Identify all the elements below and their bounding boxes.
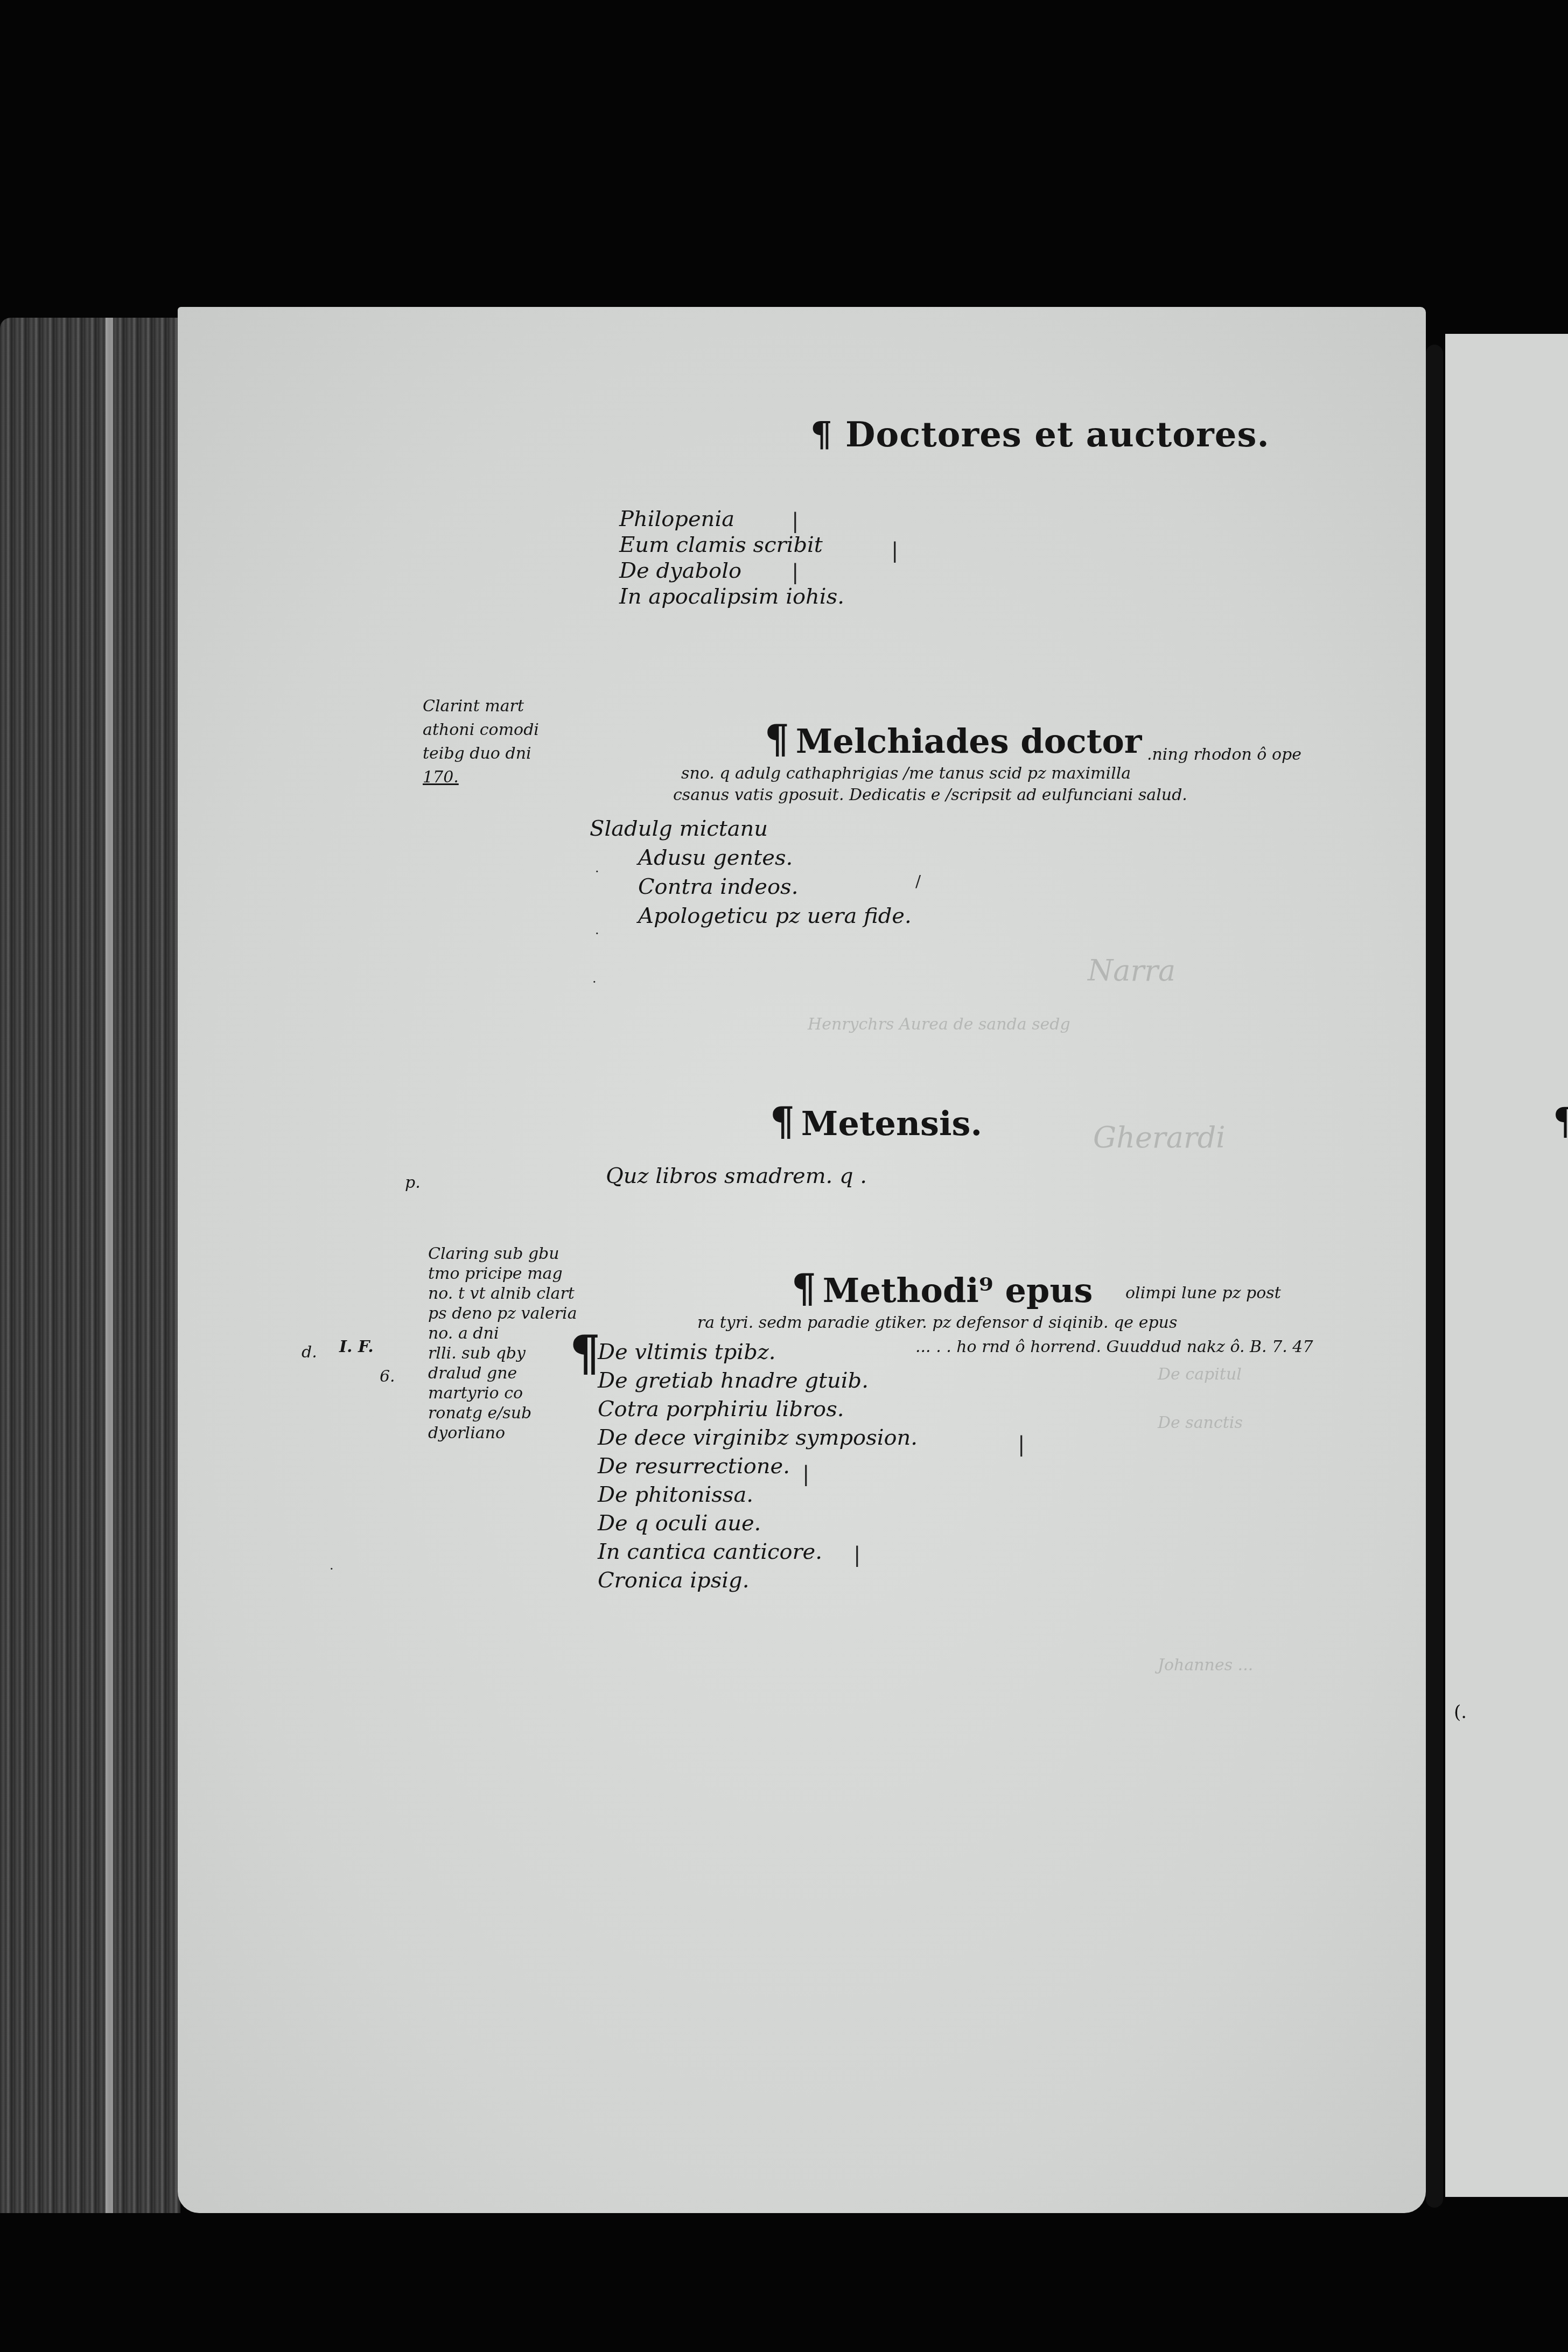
page-title: Doctores et auctores. [845,415,1270,455]
bleed-through-line: Johannes ... [1158,1653,1253,1678]
margin-note-line: 170. [423,766,539,789]
margin-note-line: Claring sub gbu [428,1244,577,1264]
tick-mark: | [853,1543,860,1567]
facing-page-mark: (. [1454,1702,1467,1723]
entry-heading-methodius: ¶Methodi⁹ epus [792,1265,1093,1311]
dot-mark: · [592,975,597,990]
work-item: Cotra porphiriu libros. [598,1395,918,1424]
facing-page: ¶ (. [1445,334,1568,2197]
work-item: De dyabolo [619,558,844,584]
page-header: ¶ Doctores et auctores. [810,415,1270,455]
methodius-works-list: De vltimis tpibz. De gretiab hnadre gtui… [598,1338,918,1595]
margin-note-melchiades: Clarint mart athoni comodi teibg duo dni… [423,695,539,789]
paraph-mark: ¶ [810,415,833,455]
margin-note-line: tmo pricipe mag [428,1264,577,1284]
tick-mark: / [915,872,921,891]
tick-mark: | [1018,1432,1025,1457]
work-item: Contra indeos. [590,874,912,900]
author-name: Methodi⁹ epus [823,1271,1093,1310]
work-item: De dece virginibz symposion. [598,1424,918,1452]
tick-mark: | [802,1462,809,1487]
margin-note-metensis: p. [405,1171,421,1195]
paraph-mark: ¶ [770,1098,795,1144]
tick-mark: | [792,509,799,534]
work-item: De phitonissa. [598,1481,918,1509]
left-margin-mark: d. [302,1341,317,1364]
entry-description-line: olimpi lune pz post [1125,1284,1281,1302]
left-margin-mark: I. F. [339,1335,374,1359]
margin-note-line: athoni comodi [423,718,539,742]
entry-description-line: ... . . ho rnd ô horrend. Guuddud nakz ô… [915,1338,1313,1356]
dot-mark: · [595,864,599,879]
author-name: Metensis. [801,1104,982,1143]
page-edge-highlight [106,318,113,2213]
margin-note-line: no. a dni [428,1324,577,1343]
margin-note-line: ps deno pz valeria [428,1304,577,1324]
entry-description-line: ra tyri. sedm paradie gtiker. pz defenso… [697,1314,1177,1332]
bleed-through-line: De sanctis [1158,1411,1243,1436]
work-item: De resurrectione. [598,1452,918,1481]
book-fore-edge [0,318,180,2213]
continuation-works-list: Philopenia Eum clamis scribit De dyabolo… [619,506,844,610]
work-item: Quz libros smadrem. q . [606,1163,867,1189]
facing-page-paraph-mark: ¶ [1553,1098,1568,1143]
bleed-through-line: Henrychrs Aurea de sanda sedg [808,1012,1070,1037]
work-item: De q oculi aue. [598,1509,918,1538]
dot-mark: · [595,926,599,941]
melchiades-works-list: Sladulg mictanu Adusu gentes. Contra ind… [590,816,912,929]
tick-mark: | [891,538,898,563]
entry-description-line: sno. q adulg cathaphrigias /me tanus sci… [681,765,1131,782]
work-item: Eum clamis scribit [619,532,844,558]
work-item: De vltimis tpibz. [598,1338,918,1367]
margin-note-line: martyrio co [428,1383,577,1403]
work-item: In cantica canticore. [598,1538,918,1566]
tick-mark: | [792,560,799,585]
left-margin-mark: 6. [380,1365,395,1389]
author-name: Melchiades doctor [796,722,1142,761]
dot-mark: · [330,1562,334,1577]
paraph-mark-large: ¶ [570,1325,600,1382]
margin-note-line: no. t vt alnib clart [428,1284,577,1304]
margin-note-line: dyorliano [428,1423,577,1443]
bleed-through-heading: Narra [1088,958,1175,983]
work-item: Adusu gentes. [590,845,912,871]
paraph-mark: ¶ [765,716,789,762]
work-item: De gretiab hnadre gtuib. [598,1367,918,1395]
book-gutter [1426,345,1443,2208]
margin-note-line: dralud gne [428,1363,577,1383]
margin-note-line: Clarint mart [423,695,539,718]
work-item: Sladulg mictanu [590,816,912,842]
entry-heading-metensis: ¶Metensis. [770,1098,982,1144]
margin-note-methodius: Claring sub gbu tmo pricipe mag no. t vt… [428,1244,577,1443]
work-item: Apologeticu pz uera fide. [590,903,912,929]
paraph-mark: ¶ [792,1265,816,1311]
work-item: Philopenia [619,506,844,532]
work-item: In apocalipsim iohis. [619,584,844,610]
entry-description-line: .ning rhodon ô ope [1147,746,1301,764]
margin-note-line: ronatg e/sub [428,1403,577,1423]
entry-description-line: csanus vatis gposuit. Dedicatis e /scrip… [673,786,1187,804]
margin-note-line: teibg duo dni [423,742,539,766]
work-item: Cronica ipsig. [598,1566,918,1595]
bleed-through-line: De capitul [1158,1362,1242,1387]
bleed-through-heading: Gherardi [1093,1125,1226,1150]
entry-heading-melchiades: ¶Melchiades doctor [765,716,1142,762]
margin-note-line: rlli. sub qby [428,1343,577,1363]
